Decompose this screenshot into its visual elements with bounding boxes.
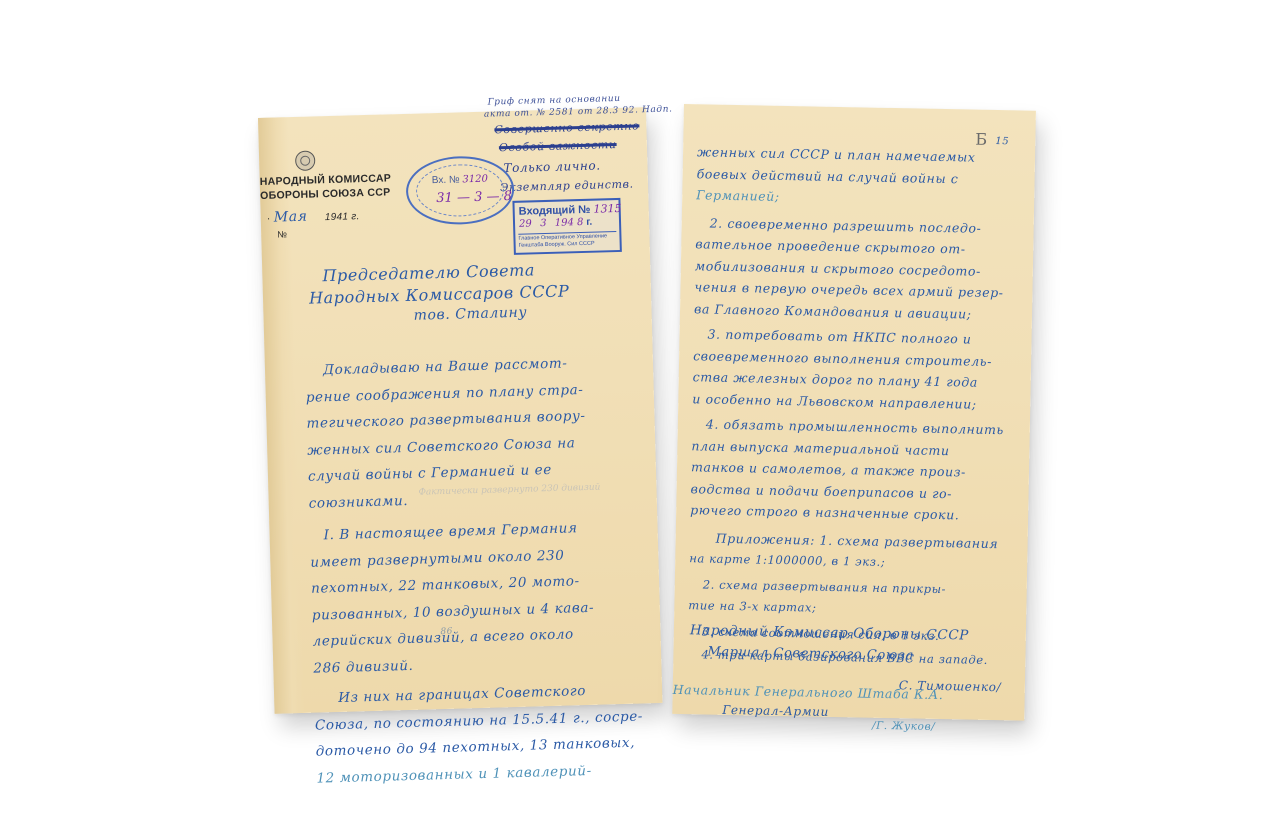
margin-annotation: 86 — [440, 627, 453, 637]
body-line: рение соображения по плану стра- — [306, 382, 584, 406]
body-line: мобилизования и скрытого сосредото- — [695, 258, 981, 278]
folio-mark: Б — [975, 130, 988, 149]
signature-block: Народный Комиссар Обороны СССРМаршал Сов… — [684, 104, 1036, 111]
folio-number: 15 — [995, 136, 1009, 147]
state-emblem-icon — [295, 150, 316, 171]
body-line: женных сил СССР и план намечаемых — [697, 144, 976, 164]
body-line: танков и самолетов, а также произ- — [691, 459, 966, 479]
letterhead-line-1: НАРОДНЫЙ КОМИССАР — [260, 172, 392, 188]
body-line: 3. потребовать от НКПС полного и — [707, 326, 971, 346]
classification-4: Экземпляр единств. — [500, 178, 634, 195]
signature-line: Народный Комиссар Обороны СССР — [690, 622, 969, 643]
body-line: 4. обязать промышленность выполнить — [706, 416, 1004, 437]
faint-pencil-note: Фактически развернуто 230 дивизий — [418, 483, 600, 498]
body-line: случай войны с Германией и ее — [308, 462, 552, 485]
body-line: рючего строго в назначенные сроки. — [690, 502, 959, 522]
body-line: ства железных дорог по плану 41 года — [693, 369, 978, 389]
incoming-stamp-rect: Входящий № 1315 29 3 194 8 г. Главное Оп… — [512, 198, 621, 255]
body-line: вательное проведение скрытого от- — [695, 236, 966, 256]
incoming-date: 29 3 194 8 г. — [519, 217, 592, 230]
body-line: доточено до 94 пехотных, 13 танковых, — [315, 735, 635, 760]
oval-stamp-number: Вх. № 3120 — [432, 174, 488, 187]
body-line: Германией; — [696, 187, 780, 204]
date-year: 1941 г. — [325, 211, 360, 223]
letterhead-line-2: ОБОРОНЫ СОЮЗА ССР — [260, 186, 391, 202]
body-line: боевых действий на случай войны с — [697, 166, 959, 186]
body-line: имеет развернутыми около 230 — [310, 547, 564, 570]
addressee-line-3: тов. Сталину — [413, 305, 527, 324]
classification-3: Только лично. — [503, 158, 601, 175]
body-line: 12 моторизованных и 1 кавалерий- — [316, 762, 592, 786]
signature-line: Генерал-Армии — [722, 703, 829, 719]
body-line: 2. своевременно разрешить последо- — [710, 215, 982, 235]
body-line: ва Главного Командования и авиации; — [694, 301, 972, 321]
letter-body-right: женных сил СССР и план намечаемыхбоевых … — [684, 104, 1036, 111]
body-line: I. В настоящее время Германия — [323, 520, 577, 543]
addressee-line-1: Председателю Совета — [322, 260, 535, 285]
body-line: план выпуска материальной части — [691, 438, 949, 458]
addressee-line-2: Народных Комиссаров СССР — [309, 281, 570, 307]
document-page-left: НАРОДНЫЙ КОМИССАР ОБОРОНЫ СОЮЗА ССР · Ма… — [258, 107, 662, 714]
body-line: женных сил Советского Союза на — [307, 435, 576, 458]
body-line: своевременного выполнения строитель- — [693, 348, 992, 369]
document-page-right: Б 15 женных сил СССР и план намечаемыхбо… — [672, 104, 1036, 721]
body-line: Союза, по состоянию на 15.5.41 г., сосре… — [315, 708, 643, 733]
incoming-stamp-oval: Вх. № 3120 31 — 3 — 8 — [405, 155, 515, 226]
number-label: № — [277, 229, 287, 239]
body-line: чения в первую очередь всех армий резер- — [694, 279, 1003, 300]
body-line: Приложения: 1. схема развертывания — [716, 530, 999, 550]
date-month: Мая — [274, 209, 308, 226]
oval-stamp-date: 31 — 3 — 8 — [436, 189, 512, 206]
classification-2: Особой важности — [499, 138, 617, 154]
body-line: водства и подачи боеприпасов и го- — [690, 481, 952, 501]
incoming-stamp-footer: Главное Оперативное УправлениеГенштаба В… — [518, 231, 616, 250]
body-line: Докладываю на Ваше рассмот- — [323, 355, 568, 378]
body-line: 286 дивизий. — [313, 657, 414, 676]
body-line: тие на 3-х картах; — [688, 598, 816, 614]
body-line: пехотных, 22 танковых, 20 мото- — [311, 573, 580, 596]
body-line: на карте 1:1000000, в 1 экз.; — [689, 551, 885, 569]
body-line: и особенно на Львовском направлении; — [692, 391, 977, 411]
body-line: Из них на границах Советского — [338, 683, 586, 706]
body-line: тегического развертывания воору- — [306, 408, 585, 432]
body-line: 2. схема развертывания на прикры- — [703, 577, 947, 596]
classification-1: Совершенно секретно — [494, 119, 639, 136]
body-line: ризованных, 10 воздушных и 4 кава- — [312, 599, 595, 623]
body-line: союзниками. — [309, 492, 409, 511]
signature-line: /Г. Жуков/ — [872, 720, 936, 733]
date-line: · Мая 1941 г. — [267, 207, 360, 226]
incoming-number: Входящий № 1315 — [519, 202, 622, 218]
